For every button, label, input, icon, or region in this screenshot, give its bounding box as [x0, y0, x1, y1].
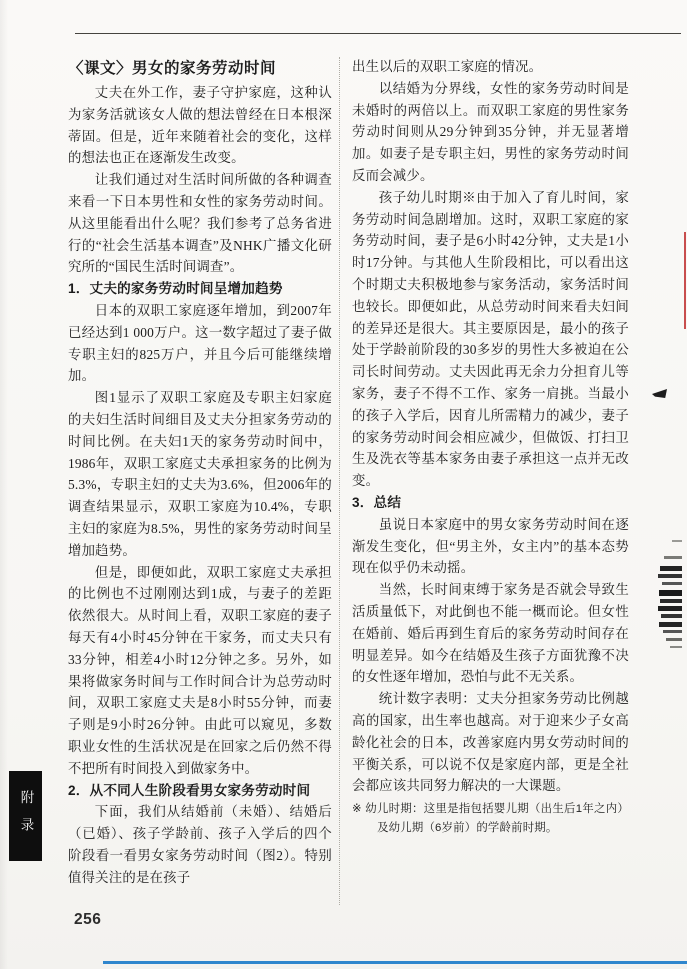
smudge-bar	[658, 574, 682, 578]
lesson-title: 〈课文〉男女的家务劳动时间	[68, 56, 332, 82]
section-heading-2: 2．从不同人生阶段看男女家务劳动时间	[68, 780, 332, 802]
smudge-bar	[664, 556, 682, 559]
section-heading-1: 1．丈夫的家务劳动时间呈增加趋势	[68, 278, 332, 300]
right-paragraph-7: 以结婚为分界线，女性的家务劳动时间是未婚时的两倍以上。而双职工家庭的男性家务劳动…	[352, 78, 629, 187]
appendix-tab-label: 附录	[16, 790, 36, 845]
section-heading-3: 3．总结	[352, 492, 629, 514]
appendix-edge-tab: 附录	[9, 771, 42, 861]
smudge-bar	[662, 582, 682, 585]
smudge-bar	[670, 646, 682, 648]
smudge-bar	[661, 614, 682, 618]
red-edge-mark	[684, 232, 686, 329]
smudge-bar	[672, 540, 682, 542]
left-paragraph-4: 图1显示了双职工家庭及专职主妇家庭的夫妇生活时间细目及丈夫分担家务劳动的时间比例…	[68, 387, 332, 561]
page-number: 256	[74, 911, 101, 929]
smudge-bar	[658, 606, 682, 611]
right-paragraph-10: 当然，长时间束缚于家务是否就会导致生活质量低下，对此倒也不能一概而论。但女性在婚…	[352, 579, 629, 688]
pen-arrow-mark	[652, 389, 667, 398]
left-paragraph-3: 日本的双职工家庭逐年增加，到2007年已经达到1 000万户。这一数字超过了妻子…	[68, 300, 332, 387]
right-column: 出生以后的双职工家庭的情况。 以结婚为分界线，女性的家务劳动时间是未婚时的两倍以…	[352, 56, 629, 838]
left-paragraph-2: 让我们通过对生活时间所做的各种调查来看一下日本男性和女性的家务劳动时间。从这里能…	[68, 169, 332, 278]
book-page: 〈课文〉男女的家务劳动时间 丈夫在外工作，妻子守护家庭，这种认为家务活就该女人做…	[0, 0, 687, 969]
bottom-blue-rule	[103, 961, 687, 964]
left-paragraph-6: 下面，我们从结婚前（未婚）、结婚后（已婚）、孩子学龄前、孩子入学后的四个阶段看一…	[68, 801, 332, 888]
left-paragraph-5: 但是，即便如此，双职工家庭丈夫承担的比例也不过刚刚达到1成，与妻子的差距依然很大…	[68, 562, 332, 780]
left-paragraph-1: 丈夫在外工作，妻子守护家庭，这种认为家务活就该女人做的想法曾经在日本根深蒂固。但…	[68, 82, 332, 169]
smudge-bar	[660, 566, 682, 571]
footnote: ※ 幼儿时期：这里是指包括婴儿期（出生后1年之内）及幼儿期（6岁前）的学龄前时期…	[352, 800, 629, 838]
right-paragraph-9: 虽说日本家庭中的男女家务劳动时间在逐渐发生变化，但“男主外，女主内”的基本态势现…	[352, 514, 629, 579]
smudge-bar	[659, 590, 682, 596]
right-paragraph-8: 孩子幼儿时期※由于加入了育儿时间，家务劳动时间急剧增加。这时，双职工家庭的家务劳…	[352, 187, 629, 492]
smudge-bar	[663, 630, 682, 633]
column-divider	[339, 57, 340, 905]
page-gutter-shadow	[0, 0, 8, 969]
top-rule	[75, 33, 681, 34]
left-column: 〈课文〉男女的家务劳动时间 丈夫在外工作，妻子守护家庭，这种认为家务活就该女人做…	[68, 56, 332, 888]
right-paragraph-11: 统计数字表明：丈夫分担家务劳动比例越高的国家，出生率也越高。对于迎来少子女高龄化…	[352, 688, 629, 797]
smudge-bar	[660, 599, 682, 603]
smudge-bar	[666, 638, 682, 641]
smudge-bar	[659, 622, 682, 627]
right-paragraph-continuation: 出生以后的双职工家庭的情况。	[352, 56, 629, 78]
